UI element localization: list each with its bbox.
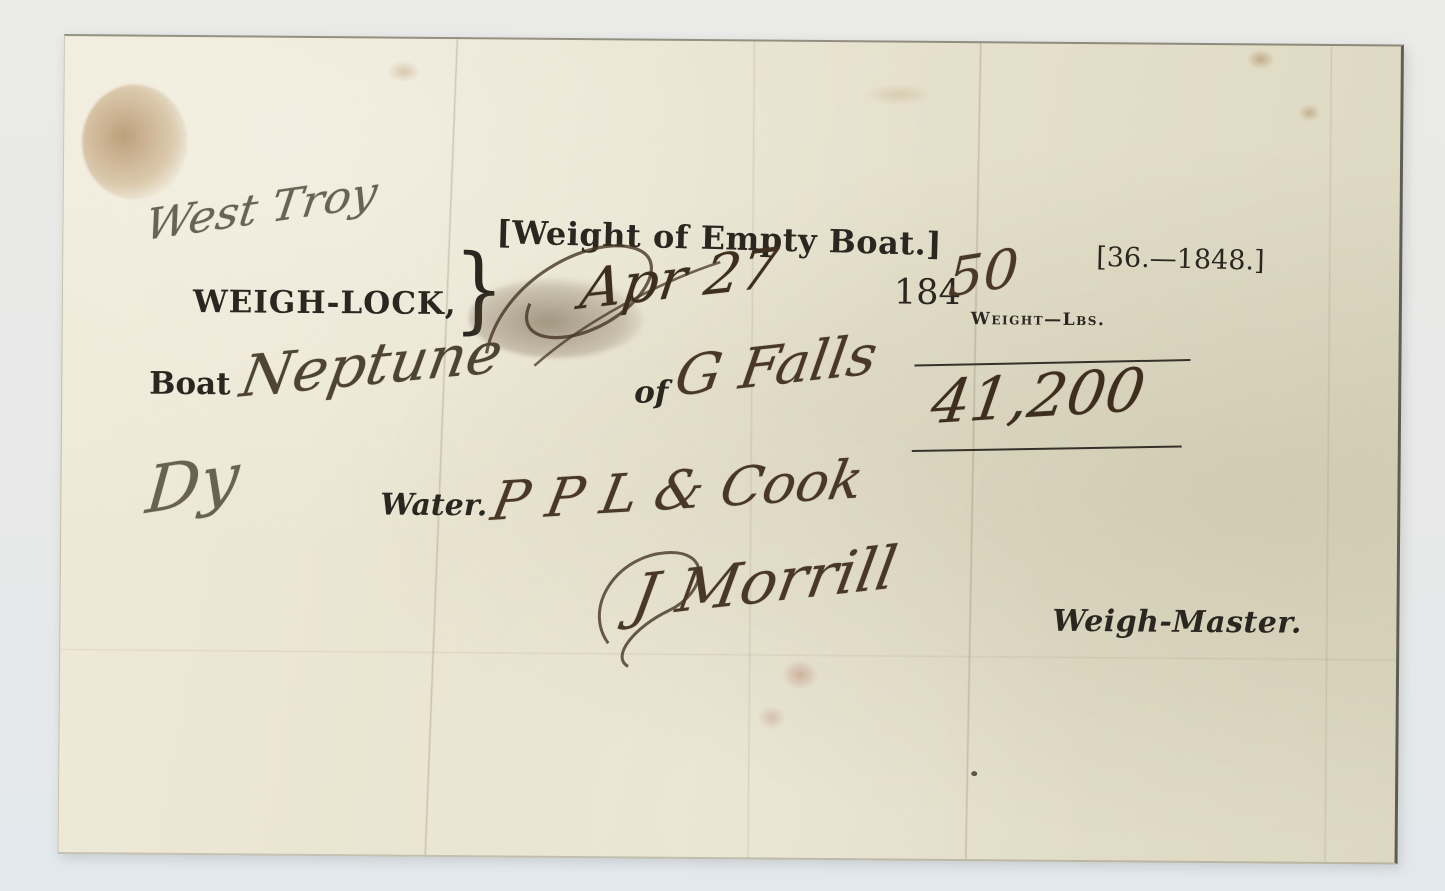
photo-background: West Troy [Weight of Empty Boat.] [36.—1… bbox=[0, 0, 1445, 891]
handwritten-owner: P P L & Cook bbox=[487, 448, 869, 533]
paper-stain bbox=[782, 660, 818, 690]
water-label: Water. bbox=[380, 487, 487, 523]
fold-crease bbox=[424, 39, 459, 854]
paper-stain bbox=[387, 61, 421, 83]
boat-label: Boat bbox=[149, 366, 231, 403]
paper-stain bbox=[1298, 104, 1320, 122]
handwritten-note: Dy bbox=[143, 438, 242, 529]
paper-stain bbox=[866, 84, 930, 105]
corner-stain bbox=[82, 84, 188, 200]
fold-crease bbox=[1324, 46, 1333, 862]
form-reference: [36.—1848.] bbox=[1096, 242, 1265, 277]
fold-crease bbox=[747, 41, 756, 857]
weigh-lock-label: WEIGH-LOCK, bbox=[193, 284, 457, 322]
handwritten-weight: 41,200 bbox=[927, 355, 1150, 438]
handwritten-station: West Troy bbox=[142, 167, 380, 250]
weigh-master-label: Weigh-Master. bbox=[1052, 604, 1302, 641]
handwritten-boat-name: Neptune bbox=[236, 318, 508, 410]
paper-stain bbox=[1247, 49, 1275, 69]
of-label: of bbox=[634, 374, 668, 410]
weight-rule-bottom bbox=[912, 445, 1182, 451]
ink-speck bbox=[971, 771, 977, 776]
handwritten-year: 50 bbox=[947, 236, 1020, 309]
receipt-paper: West Troy [Weight of Empty Boat.] [36.—1… bbox=[58, 34, 1404, 864]
paper-stain bbox=[758, 705, 786, 729]
weight-units-label: Weight—Lbs. bbox=[971, 309, 1106, 330]
fold-crease bbox=[964, 43, 982, 859]
